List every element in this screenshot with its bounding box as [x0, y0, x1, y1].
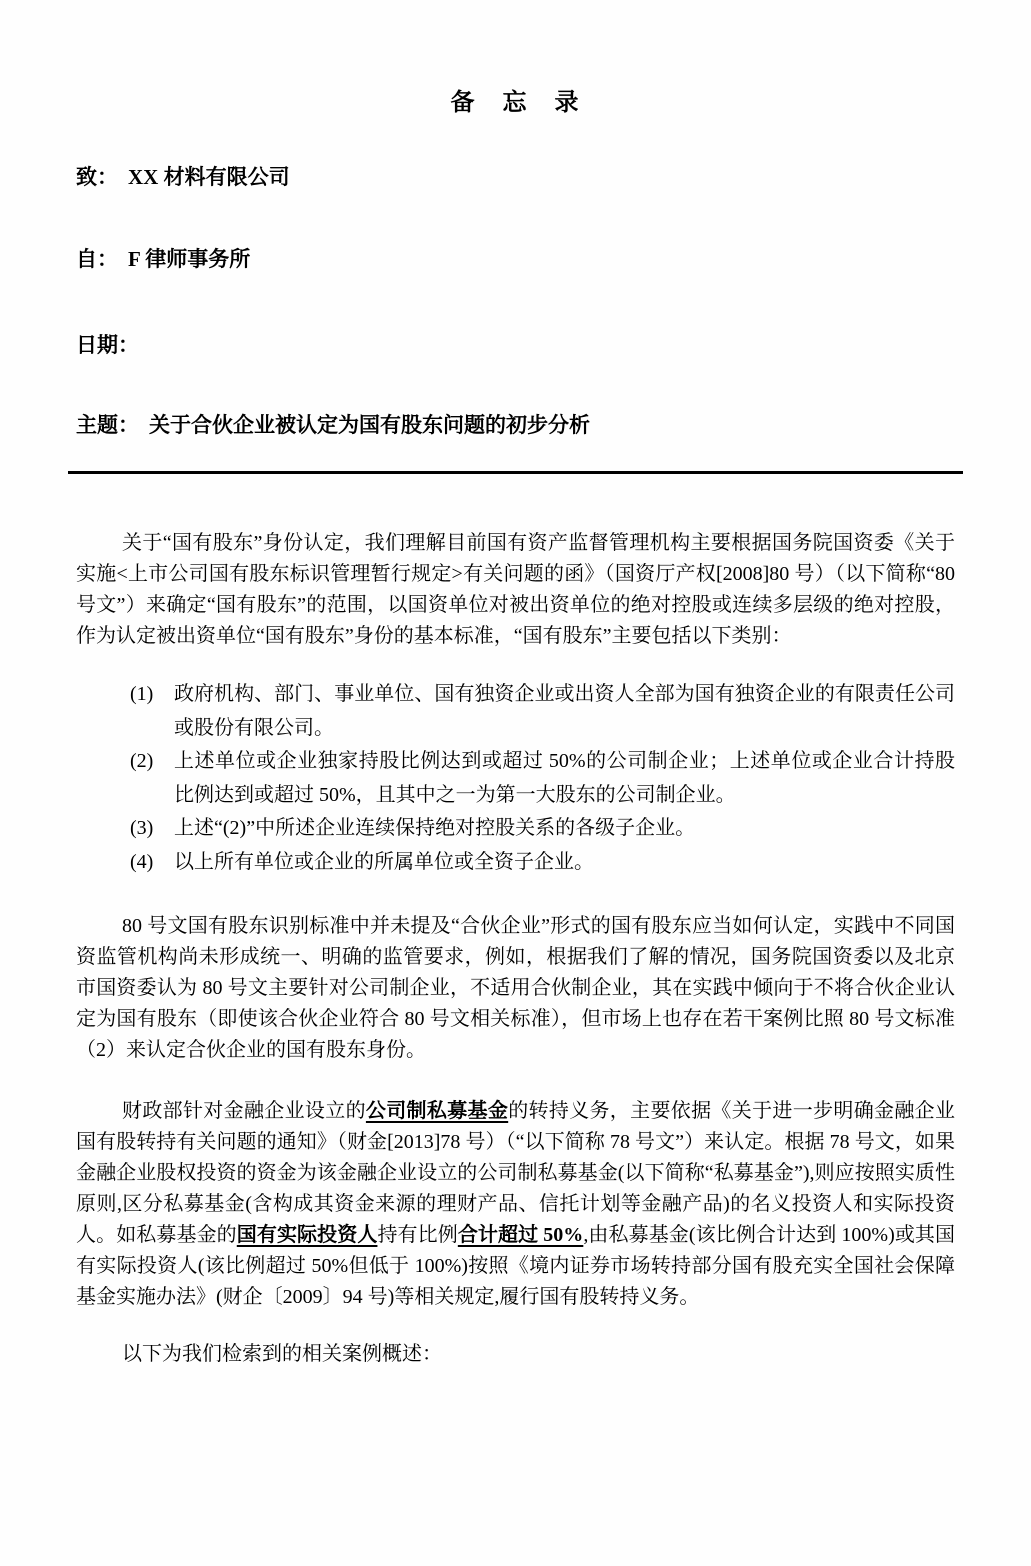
paragraph-80-document-practice: 80 号文国有股东识别标准中并未提及“合伙企业”形式的国有股东应当如何认定，实践…	[76, 911, 955, 1066]
list-item-marker: (1)	[130, 678, 174, 745]
header-divider	[68, 471, 963, 474]
paragraph-mof-private-fund: 财政部针对金融企业设立的公司制私募基金的转持义务，主要依据《关于进一步明确金融企…	[76, 1096, 955, 1313]
state-shareholder-category-list: (1) 政府机构、部门、事业单位、国有独资企业或出资人全部为国有独资企业的有限责…	[130, 678, 955, 879]
field-from-value: F 律师事务所	[128, 247, 250, 271]
paragraph-identification-standard: 关于“国有股东”身份认定，我们理解目前国有资产监督管理机构主要根据国务院国资委《…	[76, 528, 955, 652]
field-date-label: 日期：	[76, 333, 139, 357]
memo-page: 备 忘 录 致：XX 材料有限公司 自：F 律师事务所 日期： 主题：关于合伙企…	[0, 0, 1031, 1566]
field-from-label: 自：	[76, 247, 118, 271]
field-to-value: XX 材料有限公司	[128, 165, 290, 189]
field-from: 自：F 律师事务所	[76, 247, 955, 271]
field-subject-label: 主题：	[76, 413, 139, 437]
list-item: (3) 上述“(2)”中所述企业连续保持绝对控股关系的各级子企业。	[130, 812, 955, 846]
list-item: (2) 上述单位或企业独家持股比例达到或超过 50%的公司制企业；上述单位或企业…	[130, 745, 955, 812]
list-item-marker: (4)	[130, 846, 174, 880]
memo-title: 备 忘 录	[76, 82, 955, 117]
paragraph-case-summary-intro: 以下为我们检索到的相关案例概述：	[76, 1339, 955, 1370]
field-subject-value: 关于合伙企业被认定为国有股东问题的初步分析	[149, 413, 590, 437]
list-item-text: 上述“(2)”中所述企业连续保持绝对控股关系的各级子企业。	[174, 812, 955, 846]
field-to-label: 致：	[76, 165, 118, 189]
field-date: 日期：	[76, 333, 955, 357]
body-text: 财政部针对金融企业设立的	[122, 1100, 366, 1122]
list-item: (1) 政府机构、部门、事业单位、国有独资企业或出资人全部为国有独资企业的有限责…	[130, 678, 955, 745]
list-item-text: 上述单位或企业独家持股比例达到或超过 50%的公司制企业；上述单位或企业合计持股…	[174, 745, 955, 812]
list-item: (4) 以上所有单位或企业的所属单位或全资子企业。	[130, 846, 955, 880]
emphasized-text: 合计超过 50%	[458, 1224, 583, 1246]
body-text: 持有比例	[377, 1224, 457, 1246]
list-item-marker: (2)	[130, 745, 174, 812]
list-item-marker: (3)	[130, 812, 174, 846]
emphasized-text: 国有实际投资人	[237, 1224, 378, 1246]
emphasized-text: 公司制私募基金	[366, 1100, 508, 1122]
list-item-text: 政府机构、部门、事业单位、国有独资企业或出资人全部为国有独资企业的有限责任公司或…	[174, 678, 955, 745]
list-item-text: 以上所有单位或企业的所属单位或全资子企业。	[174, 846, 955, 880]
field-to: 致：XX 材料有限公司	[76, 165, 955, 189]
field-subject: 主题：关于合伙企业被认定为国有股东问题的初步分析	[76, 413, 955, 437]
